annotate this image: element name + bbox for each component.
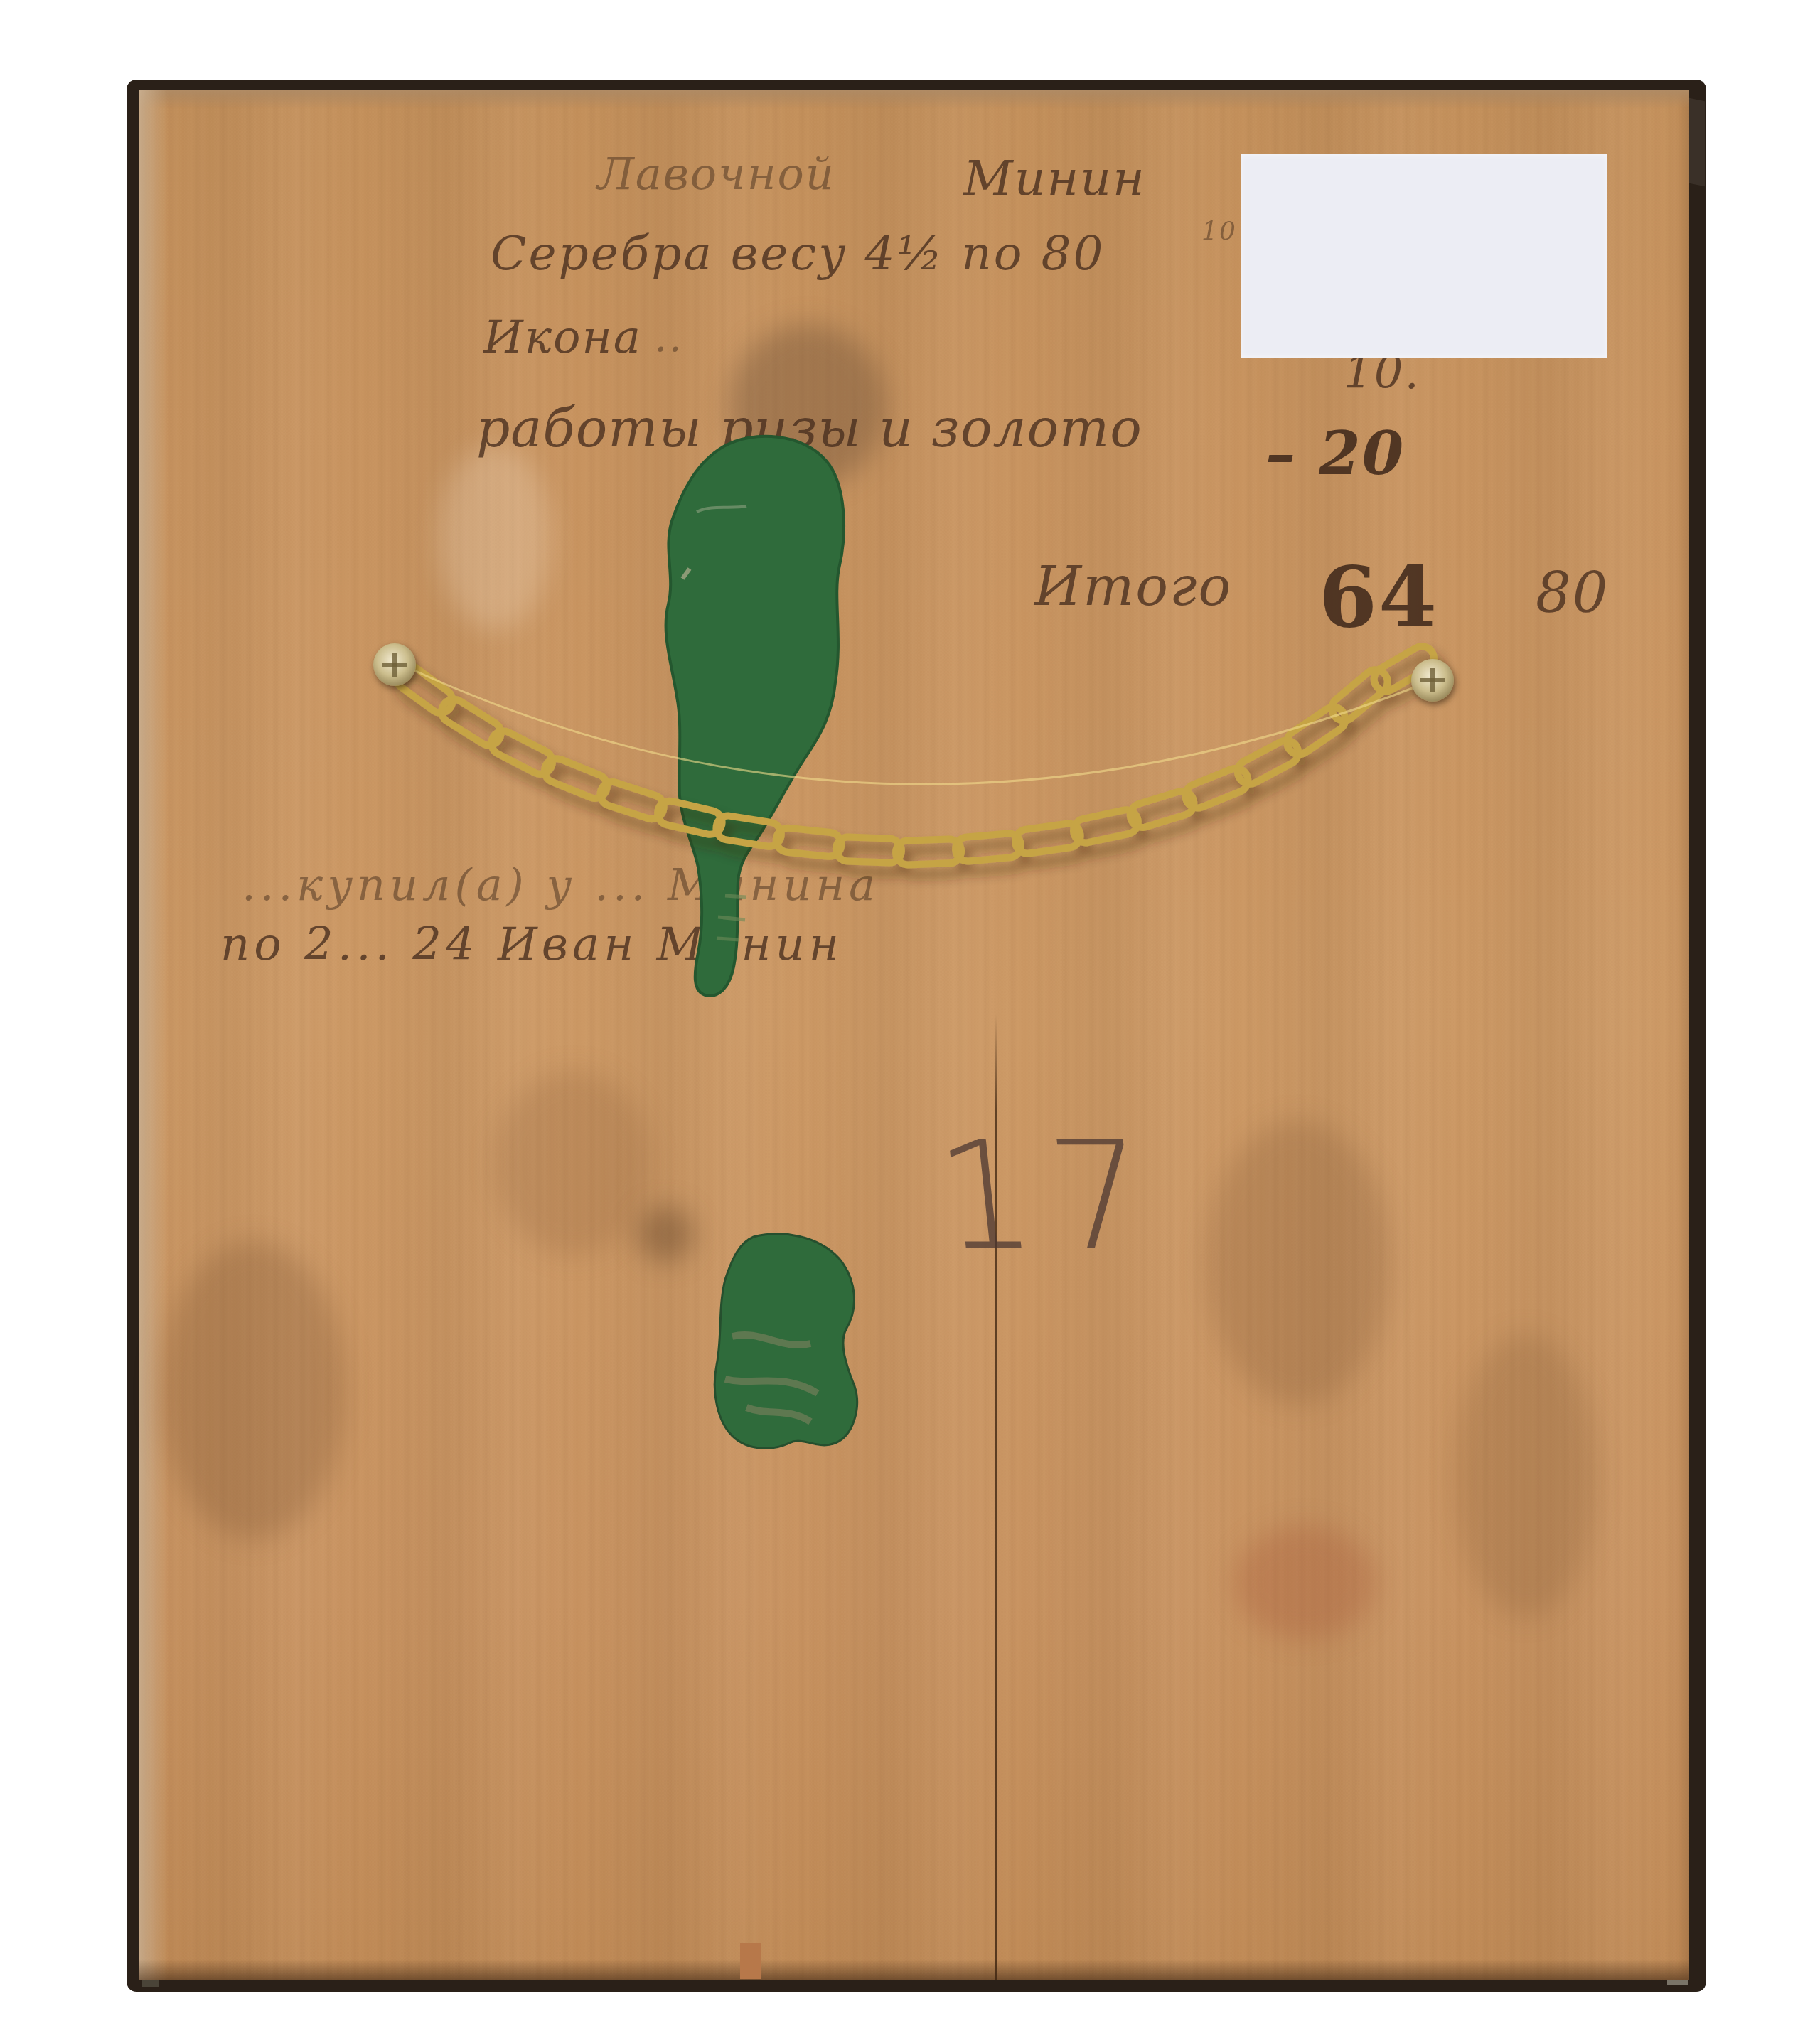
inscription-line3-dots: .. bbox=[654, 313, 683, 361]
stain bbox=[438, 445, 552, 630]
panel-top-edge bbox=[139, 90, 1689, 108]
right-screw-icon bbox=[1411, 659, 1454, 702]
wood-chip bbox=[740, 1943, 761, 1979]
inscription-line5: Итого bbox=[1034, 554, 1232, 618]
panel-bottom-edge bbox=[139, 1959, 1689, 1980]
inscription-line2: Серебра весу 4½ по 80 bbox=[491, 226, 1106, 281]
wooden-panel bbox=[139, 90, 1689, 1980]
left-screw-icon bbox=[373, 643, 416, 686]
stain bbox=[1455, 1334, 1597, 1618]
stain bbox=[161, 1241, 346, 1540]
stain bbox=[495, 1071, 651, 1255]
inscription-line4-amount: – 20 bbox=[1265, 418, 1405, 488]
stain bbox=[1234, 1525, 1376, 1639]
stain bbox=[1206, 1120, 1391, 1405]
stain bbox=[637, 1206, 694, 1262]
panel-left-edge bbox=[139, 90, 168, 1980]
green-paint-lower bbox=[704, 1230, 874, 1457]
white-label bbox=[1241, 154, 1607, 358]
frame-tab-top-right bbox=[1689, 98, 1705, 187]
inscription-line3: Икона bbox=[483, 311, 642, 364]
photo-stage: Лавочной Минин Серебра весу 4½ по 80 10 … bbox=[0, 0, 1820, 2043]
inscription-line1-a: Лавочной bbox=[597, 148, 835, 200]
pencil-mark-17: 17 bbox=[929, 1109, 1172, 1283]
inscription-total-rubles: 64 bbox=[1319, 547, 1438, 646]
inscription-line2-superscript: 10 bbox=[1201, 217, 1237, 246]
inscription-total-kopecks: 80 bbox=[1536, 562, 1609, 626]
green-paint-upper bbox=[640, 427, 867, 1009]
inscription-line1-b: Минин bbox=[963, 151, 1146, 207]
